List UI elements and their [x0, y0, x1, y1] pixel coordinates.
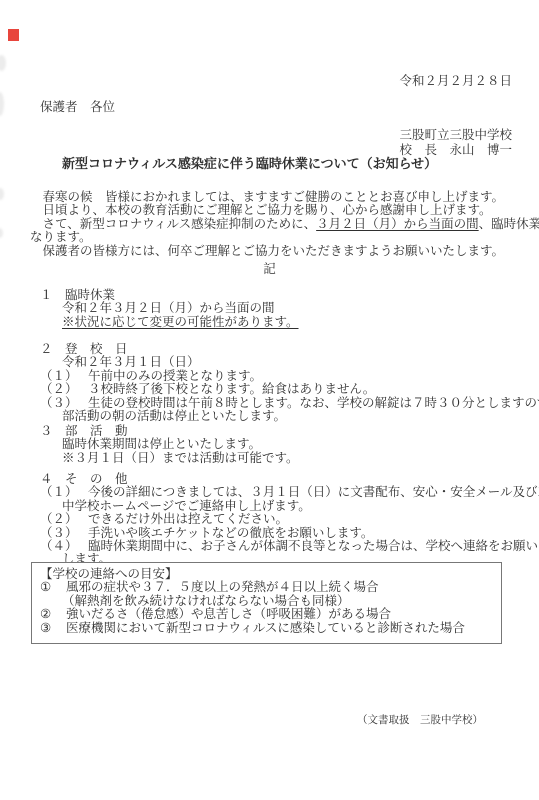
section-1-note-underlined: ※状況に応じて変更の可能性があります。: [62, 316, 539, 329]
intro-line-3-underlined-date: ３月２日（月）から当面の間: [316, 217, 479, 231]
item-number: （３）: [40, 527, 88, 540]
document-handler-note: （文書取扱 三股中学校）: [357, 714, 483, 727]
item-text: 臨時休業期間中に、お子さんが体調不良等となった場合は、学校へ連絡をお願いいた: [88, 539, 539, 553]
item-text: できるだけ外出は控えてください。: [88, 512, 288, 526]
item-number: （１）: [40, 370, 88, 383]
item-text-continuation: 部活動の朝の活動は停止といたします。: [62, 410, 539, 423]
scan-artifact: [0, 228, 3, 238]
criteria-text: 医療機関において新型コロナウィルスに感染していると診断された場合: [66, 621, 465, 635]
intro-paragraphs: 春寒の候 皆様におかれましては、ますますご健勝のこととお喜び申し上げます。 日頃…: [30, 191, 535, 258]
item-number: （２）: [40, 383, 88, 396]
scan-artifact: [0, 55, 6, 71]
section-2-date: 令和２年３月１日（日）: [62, 356, 539, 369]
list-item: （３）生徒の登校時間は午前８時とします。なお、学校の解錠は７時３０分としますので…: [40, 397, 539, 410]
list-item: （４）臨時休業期間中に、お子さんが体調不良等となった場合は、学校へ連絡をお願いい…: [40, 540, 539, 553]
item-number: （１）: [40, 486, 88, 499]
recipient-line: 保護者 各位: [40, 101, 115, 114]
intro-line-4: なります。: [30, 231, 535, 244]
intro-line-3-post: 、臨時休業と: [479, 217, 539, 231]
list-item: （２）できるだけ外出は控えてください。: [40, 513, 539, 526]
section-2-school-day: ２ 登 校 日 令和２年３月１日（日） （１）午前中のみの授業となります。 （２…: [0, 343, 539, 423]
item-text: 手洗いや咳エチケットなどの徹底をお願いします。: [88, 526, 373, 540]
item-number: （４）: [40, 540, 88, 553]
criteria-item: ③医療機関において新型コロナウィルスに感染していると診断された場合: [40, 622, 501, 635]
section-3-club-activities: ３ 部 活 動 臨時休業期間は停止といたします。 ※３月１日（日）までは活動は可…: [0, 425, 539, 465]
item-text: 今後の詳細につきましては、３月１日（日）に文書配布、安心・安全メール及び三股: [88, 485, 539, 499]
item-text: 午前中のみの授業となります。: [88, 369, 262, 383]
list-item: （２）３校時終了後下校となります。給食はありません。: [40, 383, 539, 396]
item-text: ３校時終了後下校となります。給食はありません。: [88, 382, 375, 396]
sender-school: 三股町立三股中学校: [399, 128, 512, 143]
intro-line-5: 保護者の皆様方には、何卒ご理解とご協力をいただきますようお願いいたします。: [30, 245, 535, 258]
document-title: 新型コロナウィルス感染症に伴う臨時休業について（お知らせ）: [62, 157, 437, 170]
ki-marker: 記: [0, 263, 539, 276]
criteria-item: ①風邪の症状や３７．５度以上の発熱が４日以上続く場合: [40, 581, 501, 594]
item-number: （２）: [40, 513, 88, 526]
criteria-item: ②強いだるさ（倦怠感）や息苦しさ（呼吸困難）がある場合: [40, 608, 501, 621]
contact-criteria-box: 【学校の連絡への目安】 ①風邪の症状や３７．５度以上の発熱が４日以上続く場合 （…: [31, 562, 502, 644]
item-text: 生徒の登校時間は午前８時とします。なお、学校の解錠は７時３０分としますので、: [88, 396, 539, 410]
section-1-period: 令和２年３月２日（月）から当面の間: [62, 302, 539, 315]
circled-number: ②: [40, 608, 66, 621]
section-3-text: 臨時休業期間は停止といたします。: [62, 438, 539, 451]
list-item: （３）手洗いや咳エチケットなどの徹底をお願いします。: [40, 527, 539, 540]
criteria-text: 強いだるさ（倦怠感）や息苦しさ（呼吸困難）がある場合: [66, 607, 391, 621]
section-3-note: ※３月１日（日）までは活動は可能です。: [62, 452, 539, 465]
scan-artifact: [0, 92, 4, 116]
scanned-school-notice: { "colors": { "accent_red": "#e8453c", "…: [0, 0, 539, 800]
section-4-other: ４ そ の 他 （１）今後の詳細につきましては、３月１日（日）に文書配布、安心・…: [0, 473, 539, 567]
intro-line-3-pre: さて、新型コロナウィルス感染症抑制のために、: [30, 217, 316, 231]
document-date: 令和２月２月２８日: [399, 75, 512, 88]
list-item: （１）今後の詳細につきましては、３月１日（日）に文書配布、安心・安全メール及び三…: [40, 486, 539, 499]
sender-block: 三股町立三股中学校 校 長 永山 博一: [399, 128, 512, 158]
circled-number: ①: [40, 581, 66, 594]
section-1-temporary-closure: １ 臨時休業 令和２年３月２日（月）から当面の間 ※状況に応じて変更の可能性があ…: [0, 289, 539, 329]
intro-line-2: 日頃より、本校の教育活動にご理解とご協力を賜り、心から感謝申し上げます。: [30, 204, 535, 217]
red-corner-mark: [8, 29, 19, 41]
circled-number: ③: [40, 622, 66, 635]
criteria-text: 風邪の症状や３７．５度以上の発熱が４日以上続く場合: [66, 580, 379, 594]
intro-line-3: さて、新型コロナウィルス感染症抑制のために、３月２日（月）から当面の間、臨時休業…: [30, 218, 535, 231]
item-number: （３）: [40, 397, 88, 410]
scan-artifact: [0, 188, 4, 200]
